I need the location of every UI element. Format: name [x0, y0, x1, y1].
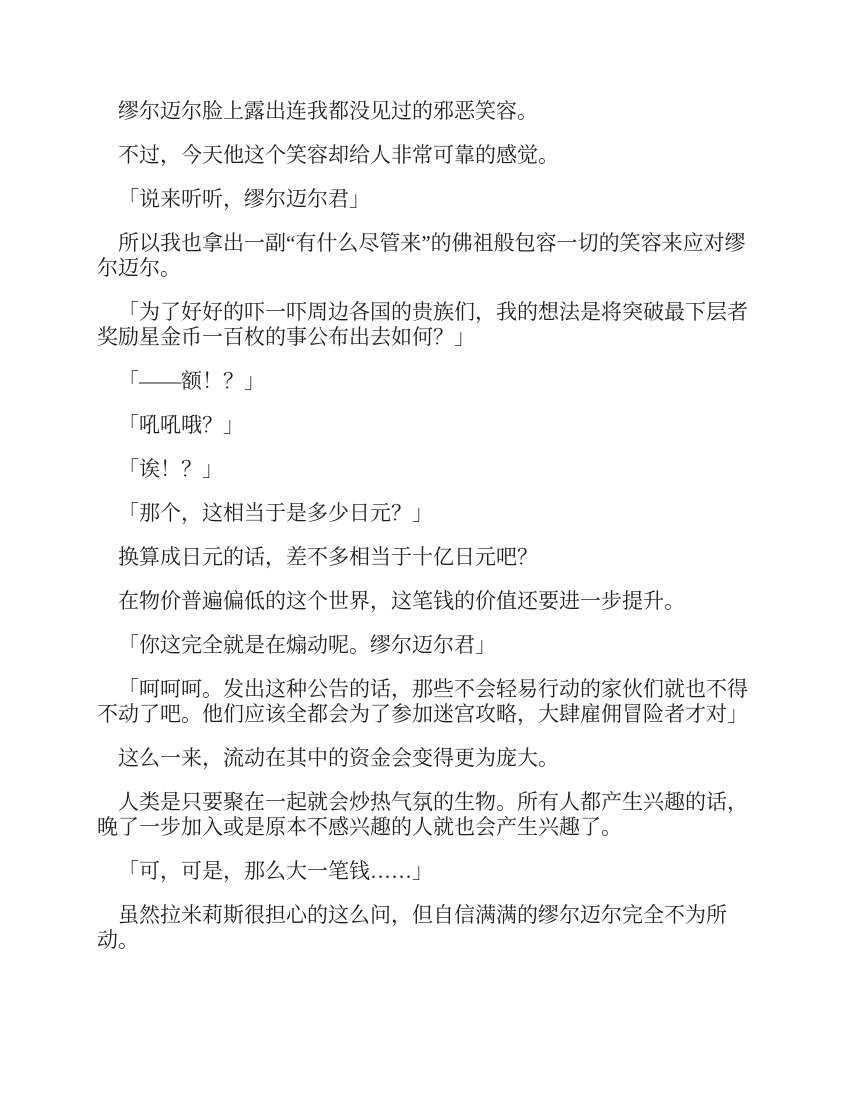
paragraph: 「你这完全就是在煽动呢。缪尔迈尔君」	[97, 633, 749, 658]
paragraph: 所以我也拿出一副“有什么尽管来”的佛祖般包容一切的笑容来应对缪尔迈尔。	[97, 231, 749, 281]
paragraph: 「吼吼哦？」	[97, 413, 749, 438]
paragraph: 这么一来，流动在其中的资金会变得更为庞大。	[97, 746, 749, 771]
paragraph: 缪尔迈尔脸上露出连我都没见过的邪恶笑容。	[97, 99, 749, 124]
paragraph: 「为了好好的吓一吓周边各国的贵族们，我的想法是将突破最下层者奖励星金币一百枚的事…	[97, 300, 749, 350]
paragraph: 「诶！？」	[97, 457, 749, 482]
paragraph: 「呵呵呵。发出这种公告的话，那些不会轻易行动的家伙们就也不得不动了吧。他们应该全…	[97, 677, 749, 727]
paragraph: 「说来听听，缪尔迈尔君」	[97, 187, 749, 212]
novel-page: 缪尔迈尔脸上露出连我都没见过的邪恶笑容。 不过，今天他这个笑容却给人非常可靠的感…	[0, 0, 850, 1100]
paragraph: 「那个，这相当于是多少日元？」	[97, 501, 749, 526]
paragraph: 换算成日元的话，差不多相当于十亿日元吧？	[97, 545, 749, 570]
paragraph: 不过，今天他这个笑容却给人非常可靠的感觉。	[97, 143, 749, 168]
paragraph: 「——额！？」	[97, 369, 749, 394]
paragraph: 在物价普遍偏低的这个世界，这笔钱的价值还要进一步提升。	[97, 589, 749, 614]
paragraph: 人类是只要聚在一起就会炒热气氛的生物。所有人都产生兴趣的话，晚了一步加入或是原本…	[97, 790, 749, 840]
paragraph: 虽然拉米莉斯很担心的这么问，但自信满满的缪尔迈尔完全不为所动。	[97, 903, 749, 953]
paragraph: 「可，可是，那么大一笔钱……」	[97, 859, 749, 884]
